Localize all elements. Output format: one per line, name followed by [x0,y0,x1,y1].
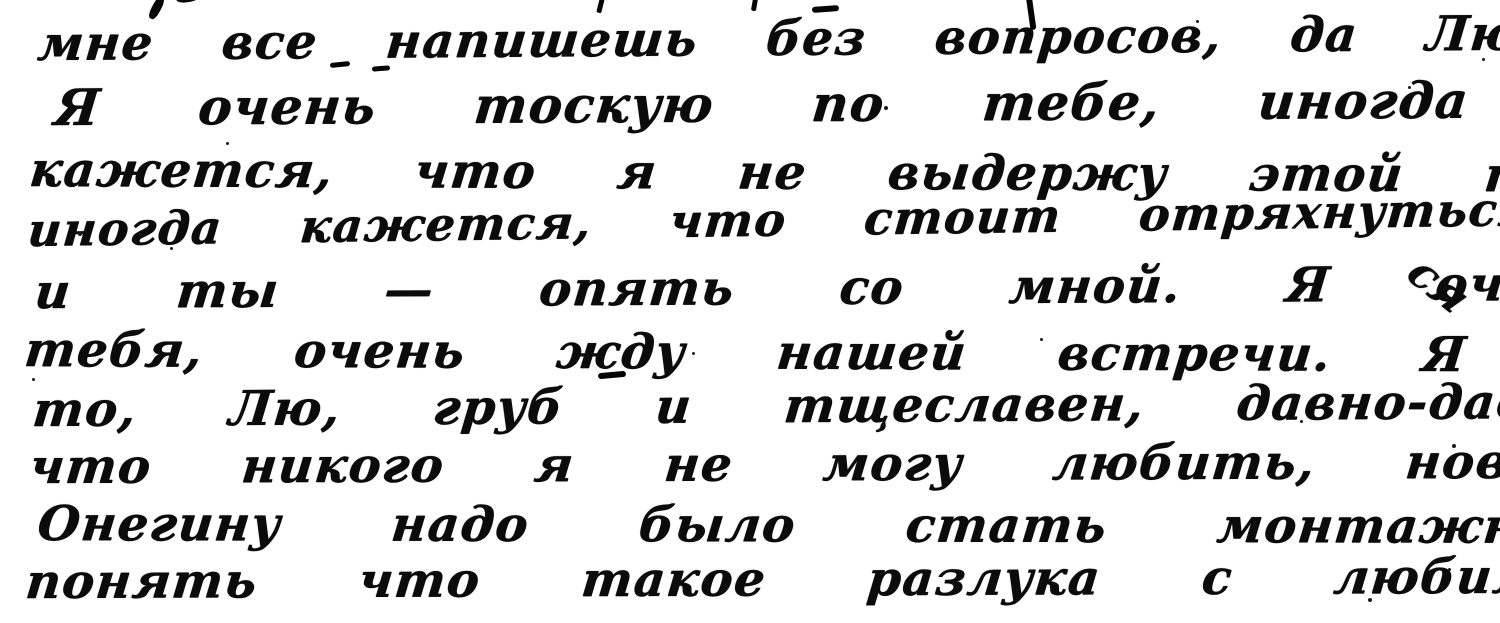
scan-speck [78,232,82,236]
handwritten-line: что никого я не могу любить, новый Онеги… [27,430,1500,497]
scan-speck [32,378,35,381]
scan-speck [566,228,568,230]
scan-speck [1448,568,1451,571]
letter-page: мне все напишешь без вопросов, да Лю? Я … [0,0,1500,623]
scan-speck [692,352,695,355]
scan-speck [170,247,173,250]
scan-speck [884,106,888,110]
scan-speck [1300,420,1303,423]
scan-speck [1040,338,1043,341]
scan-speck [226,142,229,145]
handwritten-line: то, Лю, груб и тщеславен, давно-давно; д… [30,370,1500,440]
handwritten-line: понять что такое разлука с любимой. [23,546,1500,612]
scan-speck [1482,58,1485,61]
scan-speck [1196,20,1199,23]
handwritten-line: мне все напишешь без вопросов, да Лю? [35,3,1500,74]
scan-speck [1368,598,1372,602]
scan-speck [1408,86,1411,89]
handwritten-line: Я очень тоскую по тебе, иногда мне [52,69,1500,138]
stroke-fragment [175,0,203,5]
scan-speck [1452,444,1456,448]
handwritten-line: и ты — опять со мной. Я очень люблю [32,252,1500,322]
